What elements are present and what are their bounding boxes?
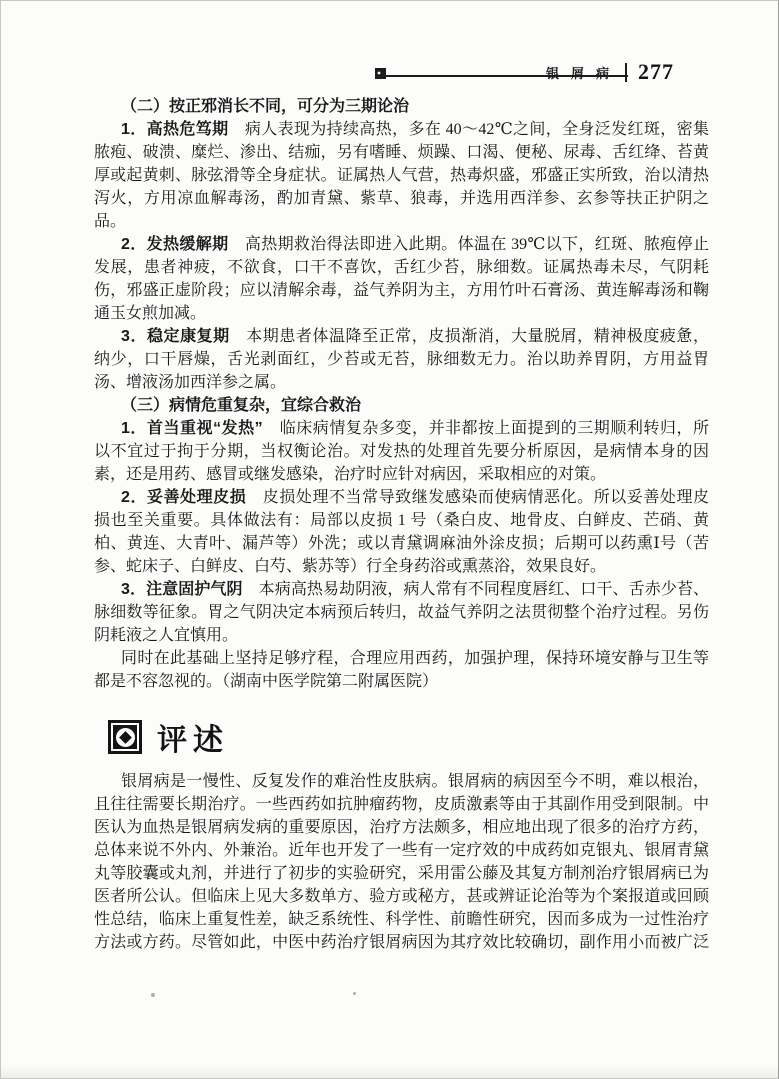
line-lead-label: （二）按正邪消长不同，可分为三期论治 — [121, 98, 409, 115]
header-divider-bar — [625, 63, 627, 82]
line-body-text: 损也至关重要。具体做法有：局部以皮损 1 号（桑白皮、地骨皮、白鲜皮、芒硝、黄 — [94, 512, 709, 529]
text-line: 纳少，口干唇燥，舌光剥面红，少苔或无苔，脉细数无力。治以助养胃阴，方用益胃 — [94, 348, 709, 371]
page-number: 277 — [638, 59, 674, 85]
review-section-title: 评述 — [157, 715, 229, 759]
line-body-text: 性总结，临床上重复性差，缺乏系统性、科学性、前瞻性研究，因而多成为一过性治疗 — [94, 911, 709, 928]
text-line: 参、蛇床子、白鲜皮、白芍、紫苏等）行全身药浴或熏蒸浴，效果良好。 — [94, 555, 709, 578]
scan-edge-shadow — [1, 1064, 778, 1078]
line-lead-label: （三）病情危重复杂，宜综合救治 — [121, 397, 361, 414]
line-body-text: 丸等胶囊或丸剂，并进行了初步的实验研究，采用雷公藤及其复方制剂治疗银屑病已为 — [94, 865, 709, 882]
text-line: （二）按正邪消长不同，可分为三期论治 — [94, 95, 709, 118]
text-line: 伤，邪盛正虚阶段；应以清解余毒，益气养阴为主，方用竹叶石膏汤、黄连解毒汤和鞠 — [94, 279, 709, 302]
book-page: 银屑病 277 （二）按正邪消长不同，可分为三期论治1．高热危笃期 病人表现为持… — [0, 0, 779, 1079]
text-line: 同时在此基础上坚持足够疗程，合理应用西药，加强护理，保持环境安静与卫生等 — [94, 647, 709, 670]
text-line: 汤、增液汤加西洋参之属。 — [94, 371, 709, 394]
text-line: 银屑病是一慢性、反复发作的难治性皮肤病。银屑病的病因至今不明，难以根治， — [94, 770, 709, 793]
text-line: 3．注意固护气阴 本病高热易劫阴液，病人常有不同程度唇红、口干、舌赤少苔、 — [94, 578, 709, 601]
text-line: 2．发热缓解期 高热期救治得法即进入此期。体温在 39℃以下，红斑、脓疱停止 — [94, 233, 709, 256]
line-body-text: 医认为血热是银屑病发病的重要原因，治疗方法颇多，相应地出现了很多的治疗方药， — [94, 819, 709, 836]
treatment-section-text: （二）按正邪消长不同，可分为三期论治1．高热危笃期 病人表现为持续高热，多在 4… — [94, 95, 709, 693]
text-line: 3．稳定康复期 本期患者体温降至正常，皮损渐消，大量脱屑，精神极度疲惫， — [94, 325, 709, 348]
text-line: 损也至关重要。具体做法有：局部以皮损 1 号（桑白皮、地骨皮、白鲜皮、芒硝、黄 — [94, 509, 709, 532]
text-line: 医认为血热是银屑病发病的重要原因，治疗方法颇多，相应地出现了很多的治疗方药， — [94, 816, 709, 839]
line-lead-label: 3．稳定康复期 — [121, 328, 230, 345]
line-body-text: 脉细数等征象。胃之气阴决定本病预后转归，故益气养阴之法贯彻整个治疗过程。另伤 — [94, 604, 709, 621]
line-body-text: 且往往需要长期治疗。一些西药如抗肿瘤药物，皮质激素等由于其副作用受到限制。中 — [94, 796, 709, 813]
text-line: 柏、黄连、大青叶、漏芦等）外洗；或以青黛调麻油外涂皮损；后期可以药熏Ⅰ号（苦 — [94, 532, 709, 555]
line-body-text: 纳少，口干唇燥，舌光剥面红，少苔或无苔，脉细数无力。治以助养胃阴，方用益胃 — [94, 351, 709, 368]
line-body-text: 都是不容忽视的。（湖南中医学院第二附属医院） — [94, 673, 438, 690]
text-line: 性总结，临床上重复性差，缺乏系统性、科学性、前瞻性研究，因而多成为一过性治疗 — [94, 908, 709, 931]
text-line: 2．妥善处理皮损 皮损处理不当常导致继发感染而使病情恶化。所以妥善处理皮 — [94, 486, 709, 509]
line-body-text: 本期患者体温降至正常，皮损渐消，大量脱屑，精神极度疲惫， — [230, 328, 709, 345]
text-line: 医者所公认。但临床上见大多数单方、验方或秘方，甚或辨证论治等为个案报道或回顾 — [94, 885, 709, 908]
line-body-text: 脓疱、破溃、糜烂、渗出、结痂，另有嗜睡、烦躁、口渴、便秘、尿毒、舌红绛、苔黄 — [94, 144, 709, 161]
line-body-text: 柏、黄连、大青叶、漏芦等）外洗；或以青黛调麻油外涂皮损；后期可以药熏Ⅰ号（苦 — [94, 535, 709, 552]
text-line: 1．首当重视“发热” 临床病情复杂多变，并非都按上面提到的三期顺利转归，所 — [94, 417, 709, 440]
line-body-text: 高热期救治得法即进入此期。体温在 39℃以下，红斑、脓疱停止 — [228, 236, 709, 253]
line-body-text: 素，还是用药、感冒或继发感染，治疗时应针对病因，采取相应的对策。 — [94, 466, 606, 483]
line-body-text: 同时在此基础上坚持足够疗程，合理应用西药，加强护理，保持环境安静与卫生等 — [121, 650, 709, 667]
section-marker-icon — [108, 720, 142, 754]
line-body-text: 泻火，方用凉血解毒汤，酌加青黛、紫草、狼毒，并选用西洋参、玄参等扶正护阴之 — [94, 190, 709, 207]
text-line: 都是不容忽视的。（湖南中医学院第二附属医院） — [94, 670, 709, 693]
line-body-text: 以不宜过于拘于分期，当权衡论治。对发热的处理首先要分析原因，是病情本身的因 — [94, 443, 709, 460]
line-body-text: 银屑病是一慢性、反复发作的难治性皮肤病。银屑病的病因至今不明，难以根治， — [121, 773, 709, 790]
line-body-text: 阴耗液之人宜慎用。 — [94, 627, 238, 644]
text-line: 且往往需要长期治疗。一些西药如抗肿瘤药物，皮质激素等由于其副作用受到限制。中 — [94, 793, 709, 816]
line-body-text: 参、蛇床子、白鲜皮、白芍、紫苏等）行全身药浴或熏蒸浴，效果良好。 — [94, 558, 606, 575]
text-line: 发展，患者神疲，不欲食，口干不喜饮，舌红少苔，脉细数。证属热毒未尽，气阴耗 — [94, 256, 709, 279]
line-body-text: 本病高热易劫阴液，病人常有不同程度唇红、口干、舌赤少苔、 — [243, 581, 709, 598]
text-line: 以不宜过于拘于分期，当权衡论治。对发热的处理首先要分析原因，是病情本身的因 — [94, 440, 709, 463]
text-line: 品。 — [94, 210, 709, 233]
line-body-text: 汤、增液汤加西洋参之属。 — [94, 374, 286, 391]
scan-speck — [353, 992, 356, 995]
line-body-text: 通玉女煎加减。 — [94, 305, 206, 322]
review-section-text: 银屑病是一慢性、反复发作的难治性皮肤病。银屑病的病因至今不明，难以根治，且往往需… — [94, 770, 709, 954]
line-body-text: 病人表现为持续高热，多在 40～42℃之间，全身泛发红斑，密集 — [228, 121, 709, 138]
line-body-text: 临床病情复杂多变，并非都按上面提到的三期顺利转归，所 — [263, 420, 709, 437]
line-body-text: 厚或起黄刺、脉弦滑等全身症状。证属热人气营，热毒炽盛，邪盛正实所致，治以清热 — [94, 167, 709, 184]
running-head-title: 银屑病 — [546, 63, 621, 82]
line-body-text: 皮损处理不当常导致继发感染而使病情恶化。所以妥善处理皮 — [246, 489, 709, 506]
text-line: 方法或方药。尽管如此，中医中药治疗银屑病因为其疗效比较确切，副作用小而被广泛 — [94, 931, 709, 954]
header-ornament-icon — [375, 68, 386, 79]
text-line: 泻火，方用凉血解毒汤，酌加青黛、紫草、狼毒，并选用西洋参、玄参等扶正护阴之 — [94, 187, 709, 210]
text-line: 脓疱、破溃、糜烂、渗出、结痂，另有嗜睡、烦躁、口渴、便秘、尿毒、舌红绛、苔黄 — [94, 141, 709, 164]
line-body-text: 发展，患者神疲，不欲食，口干不喜饮，舌红少苔，脉细数。证属热毒未尽，气阴耗 — [94, 259, 709, 276]
text-line: （三）病情危重复杂，宜综合救治 — [94, 394, 709, 417]
text-line: 1．高热危笃期 病人表现为持续高热，多在 40～42℃之间，全身泛发红斑，密集 — [94, 118, 709, 141]
text-line: 丸等胶囊或丸剂，并进行了初步的实验研究，采用雷公藤及其复方制剂治疗银屑病已为 — [94, 862, 709, 885]
text-line: 脉细数等征象。胃之气阴决定本病预后转归，故益气养阴之法贯彻整个治疗过程。另伤 — [94, 601, 709, 624]
section-marker-diamond — [119, 731, 132, 744]
line-body-text: 伤，邪盛正虚阶段；应以清解余毒，益气养阴为主，方用竹叶石膏汤、黄连解毒汤和鞠 — [94, 282, 709, 299]
line-lead-label: 2．妥善处理皮损 — [121, 489, 246, 506]
review-section-header: 评述 — [108, 717, 229, 757]
text-line: 阴耗液之人宜慎用。 — [94, 624, 709, 647]
line-lead-label: 2．发热缓解期 — [121, 236, 228, 253]
line-body-text: 总体来说不外内、外兼治。近年也开发了一些有一定疗效的中成药如克银丸、银屑青黛 — [94, 842, 709, 859]
line-body-text: 方法或方药。尽管如此，中医中药治疗银屑病因为其疗效比较确切，副作用小而被广泛 — [94, 934, 709, 951]
text-line: 总体来说不外内、外兼治。近年也开发了一些有一定疗效的中成药如克银丸、银屑青黛 — [94, 839, 709, 862]
text-line: 通玉女煎加减。 — [94, 302, 709, 325]
section-marker-inner — [113, 725, 137, 749]
scan-speck — [151, 993, 155, 997]
text-line: 厚或起黄刺、脉弦滑等全身症状。证属热人气营，热毒炽盛，邪盛正实所致，治以清热 — [94, 164, 709, 187]
text-line: 素，还是用药、感冒或继发感染，治疗时应针对病因，采取相应的对策。 — [94, 463, 709, 486]
section-marker-circle — [116, 728, 135, 747]
line-body-text: 品。 — [94, 213, 126, 230]
line-body-text: 医者所公认。但临床上见大多数单方、验方或秘方，甚或辨证论治等为个案报道或回顾 — [94, 888, 709, 905]
line-lead-label: 3．注意固护气阴 — [121, 581, 243, 598]
line-lead-label: 1．首当重视“发热” — [121, 420, 263, 437]
line-lead-label: 1．高热危笃期 — [121, 121, 228, 138]
